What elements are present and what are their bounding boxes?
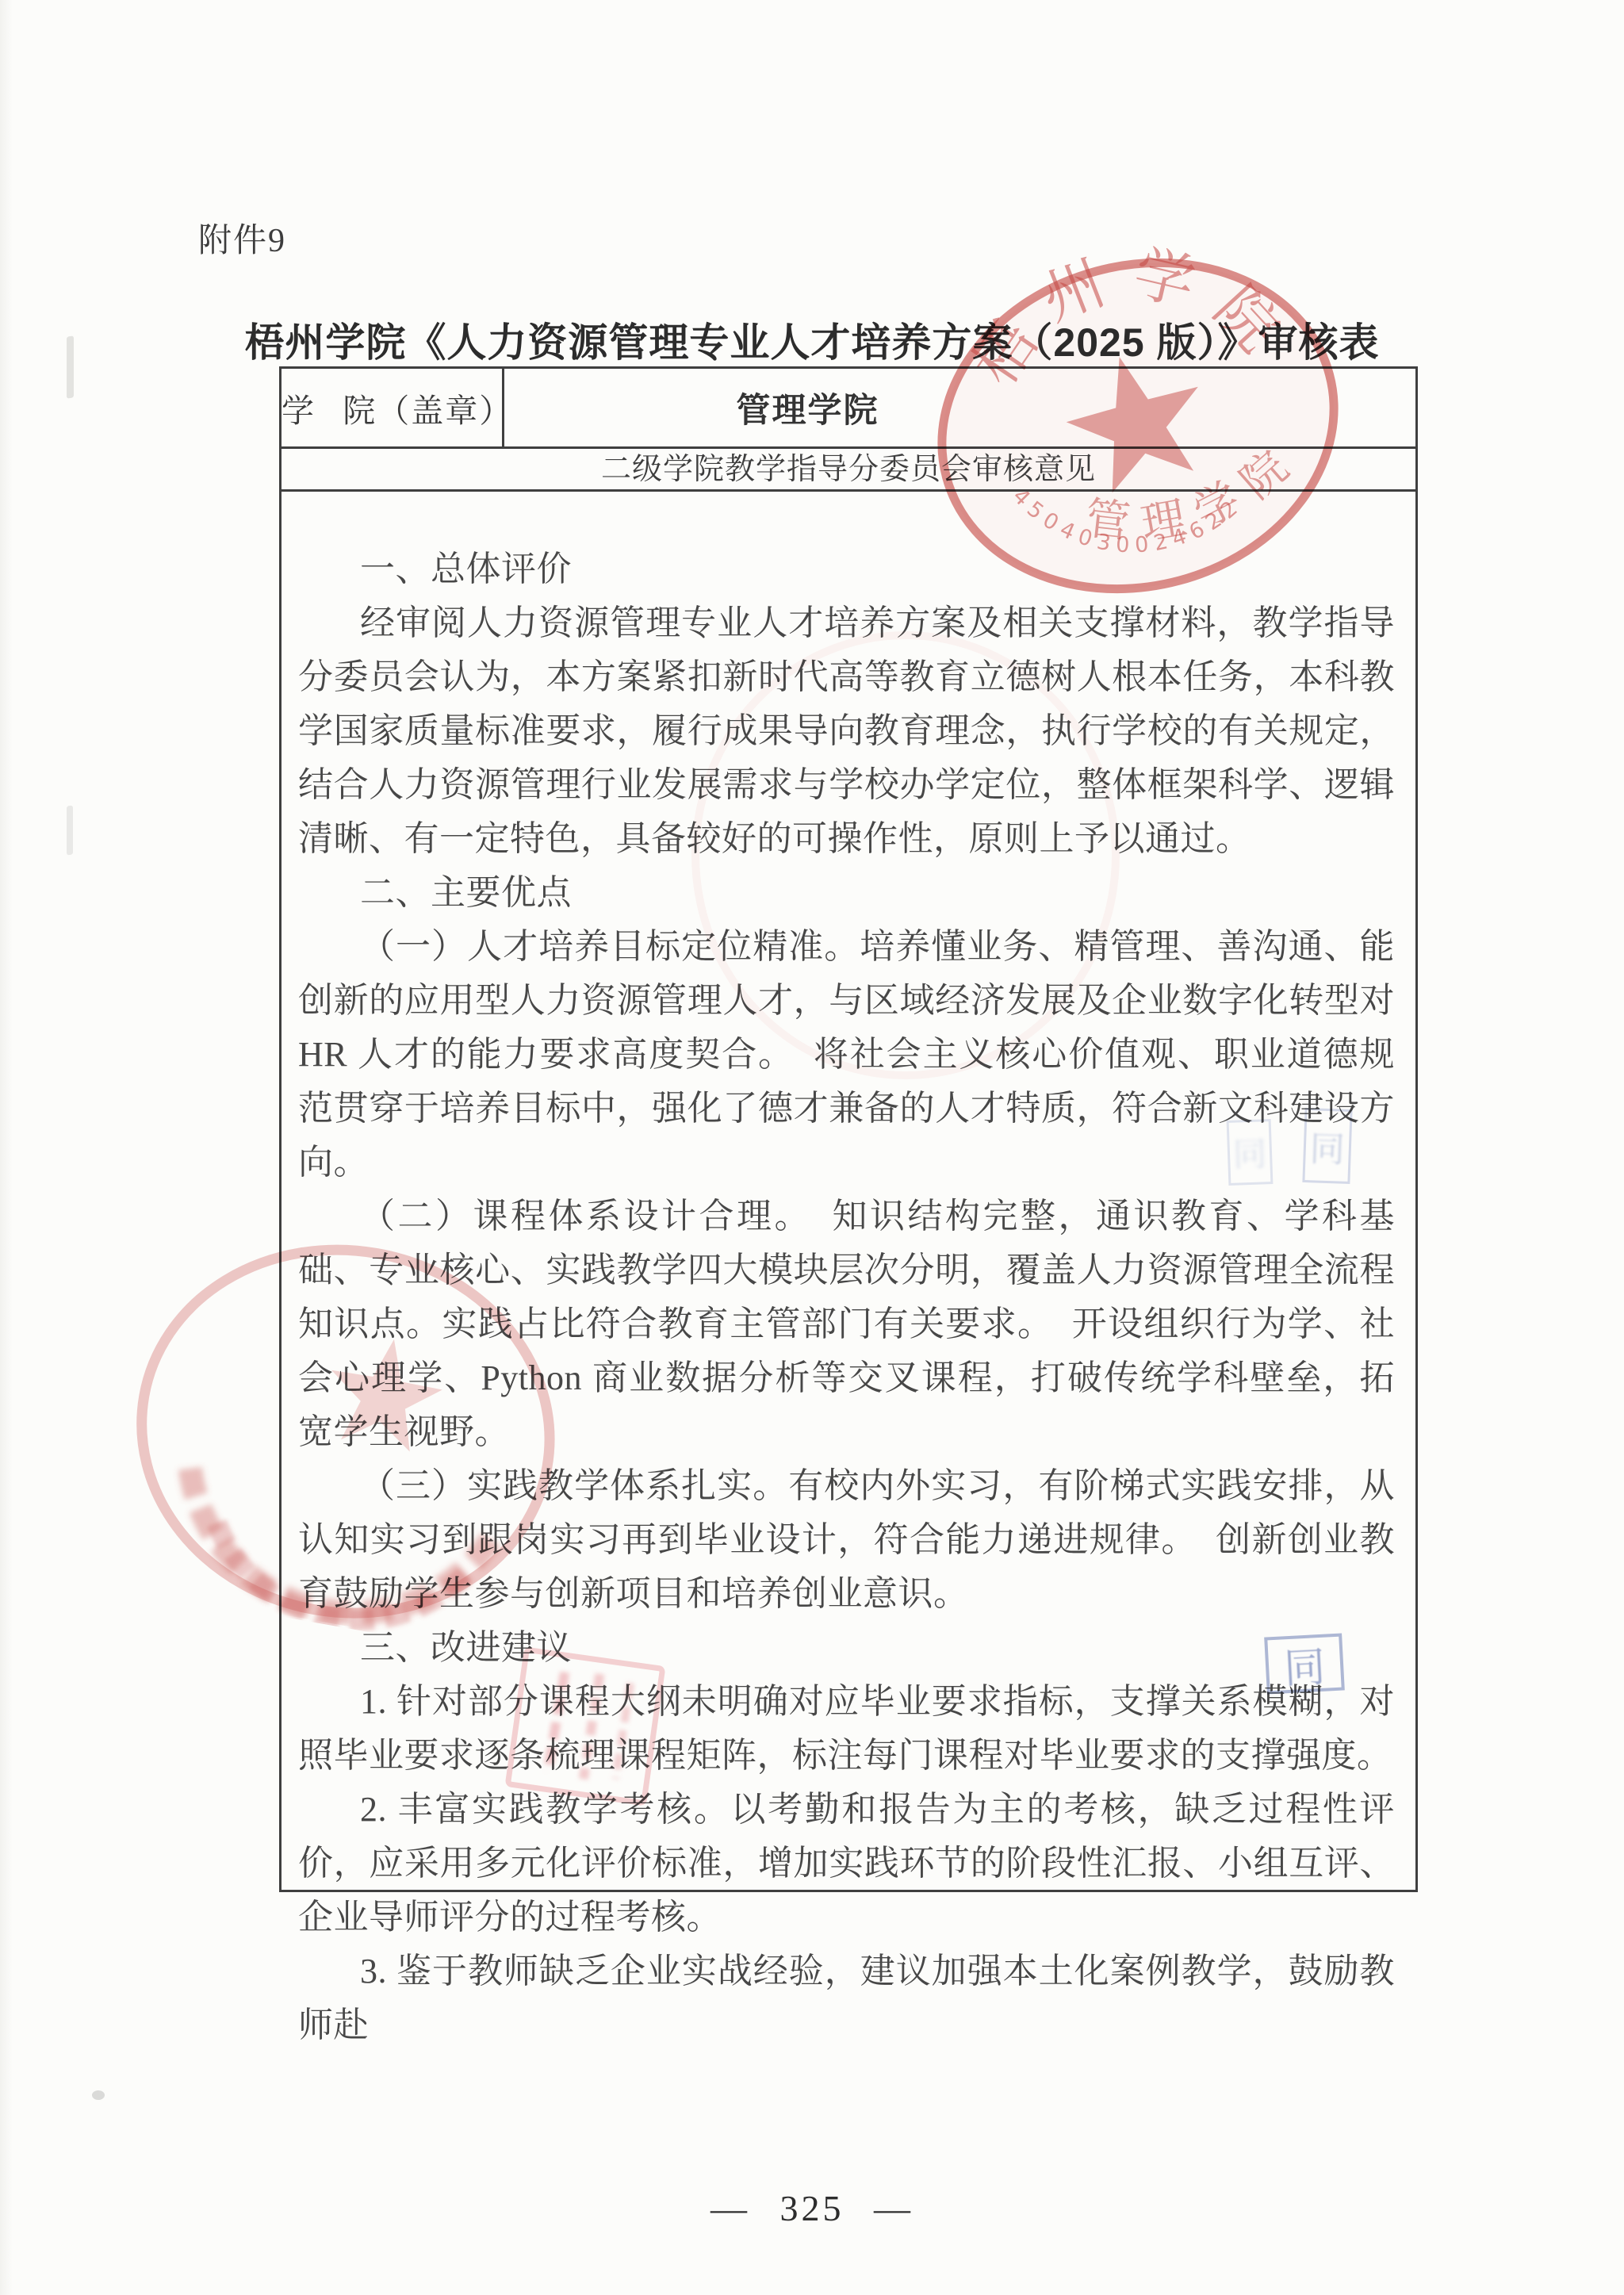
approval-stamp-faint: 同 <box>1227 1119 1274 1186</box>
paragraph: 3. 鉴于教师缺乏企业实战经验，建议加强本土化案例教学，鼓励教师赴 <box>298 1944 1395 2052</box>
scanned-review-form-page: 附件9 梧州学院《人力资源管理专业人才培养方案（2025 版）》审核表 学 院（… <box>0 0 1624 2295</box>
page-number: — 325 — <box>0 2187 1624 2229</box>
scan-artifact <box>67 335 74 398</box>
paragraph: 1. 针对部分课程大纲未明确对应毕业要求指标，支撑关系模糊，对照毕业要求逐条梳理… <box>298 1675 1395 1783</box>
paragraph: （三）实践教学体系扎实。有校内外实习，有阶梯式实践安排，从认知实习到跟岗实习再到… <box>298 1459 1395 1621</box>
scan-artifact <box>92 2090 105 2100</box>
college-value-cell: 管理学院 <box>504 369 1415 446</box>
page-title: 梧州学院《人力资源管理专业人才培养方案（2025 版）》审核表 <box>0 311 1624 368</box>
approval-character: 同 <box>1232 1128 1267 1176</box>
approval-character: 同 <box>1282 1633 1327 1695</box>
paragraph: 2. 丰富实践教学考核。以考勤和报告为主的考核，缺乏过程性评价，应采用多元化评价… <box>298 1783 1395 1944</box>
approval-character: 同 <box>1309 1120 1346 1171</box>
approval-stamp: 同 <box>1264 1633 1345 1694</box>
college-name: 管理学院 <box>737 384 879 432</box>
name-seal-graphic <box>511 1653 659 1800</box>
ghost-stamp-ring <box>691 631 1120 1079</box>
scan-artifact <box>67 806 73 856</box>
name-seal-stamp <box>504 1646 665 1806</box>
committee-header-row: 二级学院教学指导分委员会审核意见 <box>282 449 1415 492</box>
section-heading: 一、总体评价 <box>298 542 1395 596</box>
section-heading: 三、改进建议 <box>298 1621 1395 1675</box>
table-row-college: 学 院（盖章） 管理学院 <box>282 369 1415 449</box>
approval-stamp-faint: 同 <box>1302 1108 1352 1184</box>
attachment-label: 附件9 <box>198 214 286 262</box>
college-seal-label-cell: 学 院（盖章） <box>282 369 504 446</box>
paragraph: （二）课程体系设计合理。 知识结构完整，通识教育、学科基础、专业核心、实践教学四… <box>298 1190 1395 1459</box>
